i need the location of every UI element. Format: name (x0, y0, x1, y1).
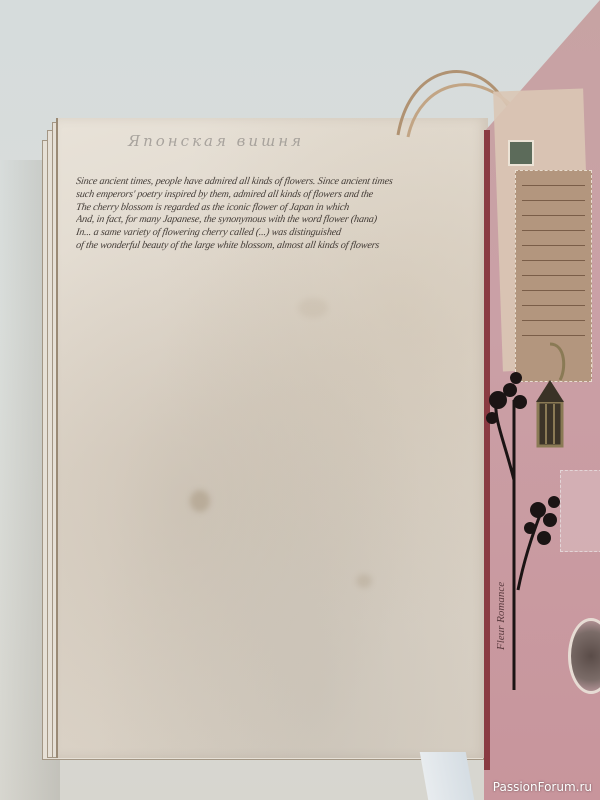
journal-page-block: Японская вишня Since ancient times, peop… (42, 118, 486, 758)
text-line: And, in fact, for many Japanese, the syn… (76, 214, 472, 227)
handwritten-text: Since ancient times, people have admired… (76, 176, 472, 253)
text-line: The cherry blossom is regarded as the ic… (76, 202, 472, 215)
text-line: In... a same variety of flowering cherry… (76, 227, 472, 240)
paper-stain (298, 298, 328, 318)
page-heading: Японская вишня (128, 132, 428, 150)
postage-stamp-icon (508, 140, 534, 166)
ribbon-bookmark[interactable] (420, 752, 474, 800)
text-line: Since ancient times, people have admired… (76, 176, 472, 189)
text-line: such emperors' poetry inspired by them, … (76, 189, 472, 202)
watermark: PassionForum.ru (493, 780, 592, 794)
paper-stain (356, 574, 372, 588)
left-journal-page[interactable]: Японская вишня Since ancient times, peop… (56, 118, 488, 758)
cover-script-label: Fleur Romance (495, 582, 507, 651)
text-line: of the wonderful beauty of the large whi… (76, 240, 472, 253)
paper-stain (190, 490, 210, 512)
tag-label (560, 470, 600, 552)
umbellifer-flower-diecut-icon: Fleur Romance (484, 360, 564, 700)
